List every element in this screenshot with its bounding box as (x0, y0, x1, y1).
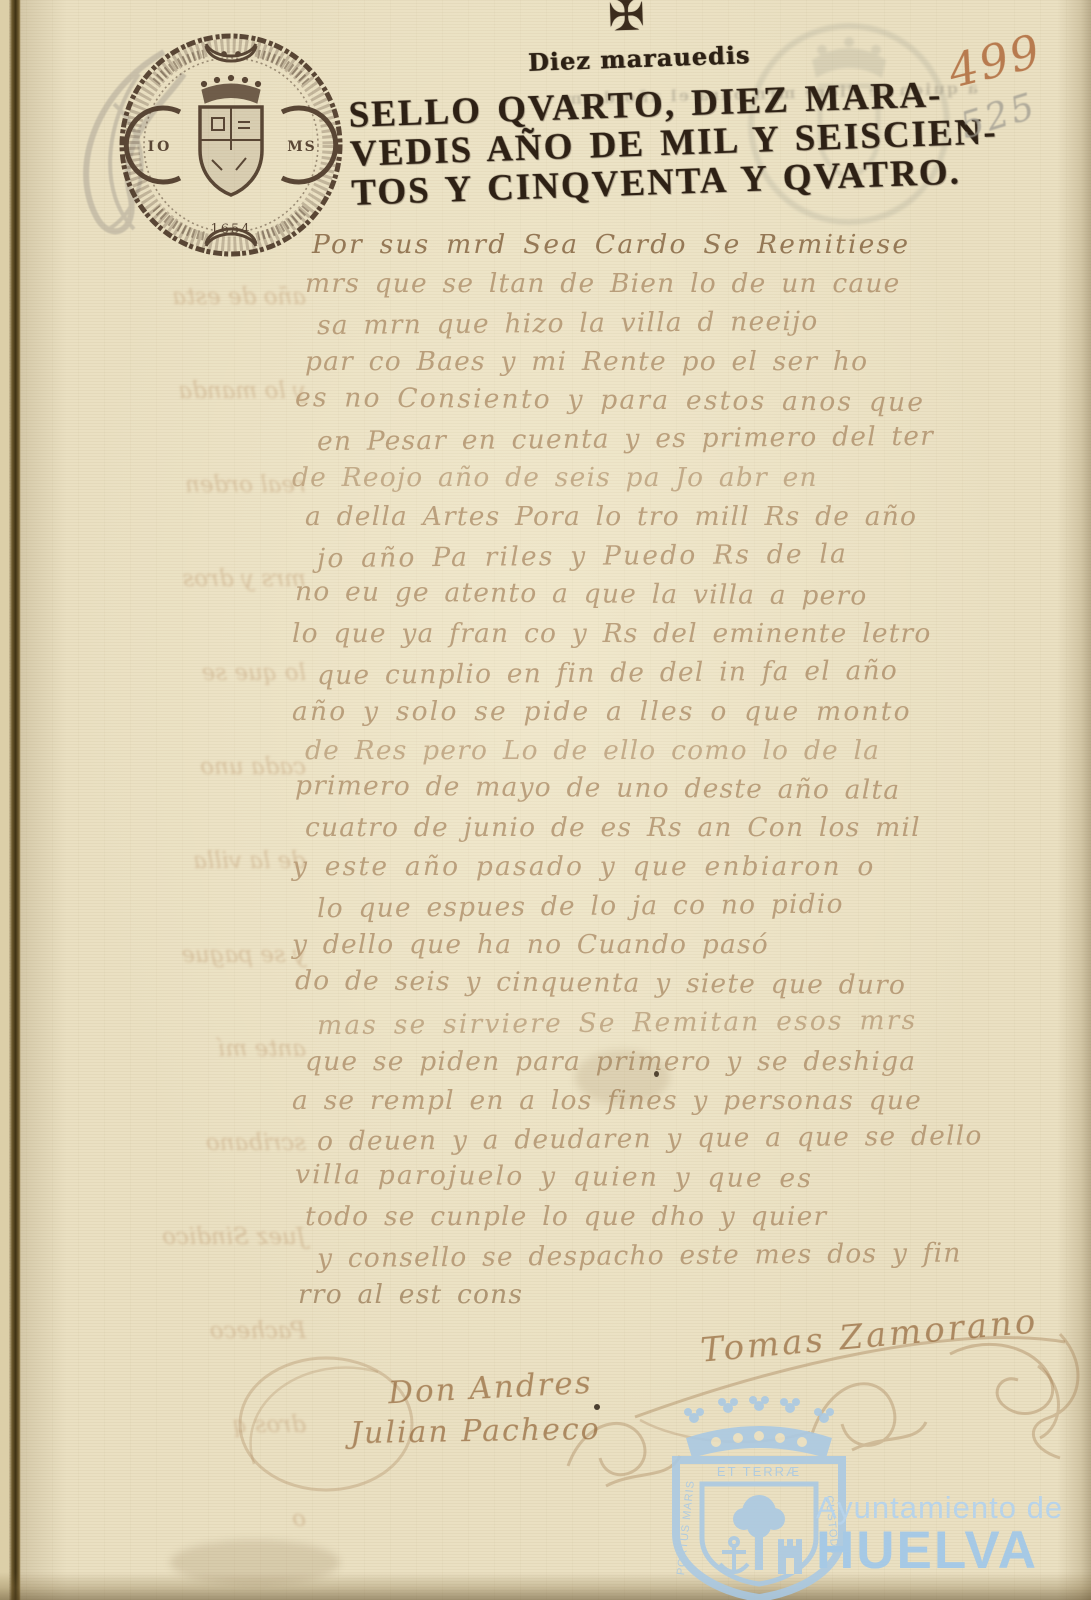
bleedthrough-line: Juez Sindico (56, 1190, 306, 1284)
manuscript-line: mrs que se ltan de Bien lo de un caue (305, 265, 1040, 304)
manuscript-line: do de seis y cinquenta y siete que duro (295, 962, 1040, 1007)
manuscript-line: a della Artes Pora lo tro mill Rs de año (305, 498, 1040, 537)
manuscript-line: cuatro de junio de es Rs an Con los mil (305, 809, 1040, 848)
header-cross-icon: ✠ (607, 0, 646, 42)
bleedthrough-line: lo que se (56, 626, 306, 720)
stain (575, 1050, 670, 1105)
manuscript-line: que cunplio en fin de del in fa el año (317, 651, 1040, 696)
manuscript-line: en Pesar en cuenta y es primero del ter (317, 417, 1040, 462)
signature-rubric-right-edge (1018, 1326, 1090, 1476)
manuscript-line: lo que espues de lo ja co no pidio (317, 884, 1040, 929)
manuscript-line: todo se cunple lo que dho y quier (305, 1198, 1040, 1237)
crest-motto-top: ET TERRÆ (717, 1464, 801, 1479)
bleedthrough-line: real orden (56, 438, 306, 532)
page-left-edge (0, 0, 9, 1600)
manuscript-line: que se piden para primero y se deshiga (305, 1043, 1040, 1082)
tax-line-blackletter: Diez marauedis (528, 40, 751, 77)
manuscript-line: o deuen y a deudaren y que a que se dell… (317, 1117, 1040, 1162)
bleedthrough-line: ante mí (56, 1002, 306, 1096)
seal-letters-left: IO (148, 139, 173, 155)
folio-number-ink: 499 (943, 23, 1047, 98)
binding-gutter (9, 0, 21, 1600)
manuscript-body: Por sus mrd Sea Cardo Se Remitiesemrs qu… (292, 226, 1040, 1315)
manuscript-line: Por sus mrd Sea Cardo Se Remitiese (312, 226, 1040, 265)
manuscript-line: lo que ya fran co y Rs del eminente letr… (292, 615, 1040, 654)
printed-sello-heading: SELLO QVARTO, DIEZ MARA- VEDIS AÑO DE MI… (348, 73, 1000, 213)
watermark-city-name: HUELVA (816, 1520, 1038, 1581)
manuscript-line: jo año Pa riles y Puedo Rs de la (317, 534, 1040, 579)
manuscript-line: de Res pero Lo de ello como lo de la (305, 732, 1040, 771)
manuscript-page: IO MS 1654 ✠ Diez marauedis a quien se d… (0, 0, 1091, 1600)
bleedthrough-line: y lo manda (56, 344, 306, 438)
manuscript-line: villa parojuelo y quien y que es (295, 1156, 1040, 1201)
manuscript-line: mas se sirviere Se Remitan esos mrs (317, 1001, 1040, 1046)
manuscript-line: par co Baes y mi Rente po el ser ho (305, 343, 1040, 382)
manuscript-line: y consello se despacho este mes dos y fi… (317, 1234, 1040, 1279)
seal-letters-right: MS (287, 139, 317, 155)
manuscript-line: primero de mayo de uno deste año alta (295, 768, 1040, 813)
manuscript-line: y dello que ha no Cuando pasó (292, 926, 1040, 965)
manuscript-line: año y solo se pide a lles o que monto (292, 693, 1040, 732)
bleedthrough-line: año de esta (56, 250, 306, 344)
manuscript-line: no eu ge atento a que la villa a pero (295, 573, 1040, 618)
bleedthrough-line: de la villa (56, 814, 306, 908)
bleedthrough-line: cada uno (56, 720, 306, 814)
manuscript-line: y este año pasado y que enbiaron o (292, 848, 1040, 887)
manuscript-line: sa mrn que hizo la villa d neeijo (317, 301, 1040, 346)
manuscript-line: de Reojo año de seis pa Jo abr en (292, 459, 1040, 498)
bleedthrough-line: mrs y dros (56, 532, 306, 626)
stain (170, 1540, 340, 1585)
bleedthrough-line: y se pague (56, 908, 306, 1002)
seal-year: 1654 (210, 222, 251, 237)
bleedthrough-line: scribano (56, 1096, 306, 1190)
manuscript-line: es no Consiento y para estos anos que (295, 379, 1040, 424)
